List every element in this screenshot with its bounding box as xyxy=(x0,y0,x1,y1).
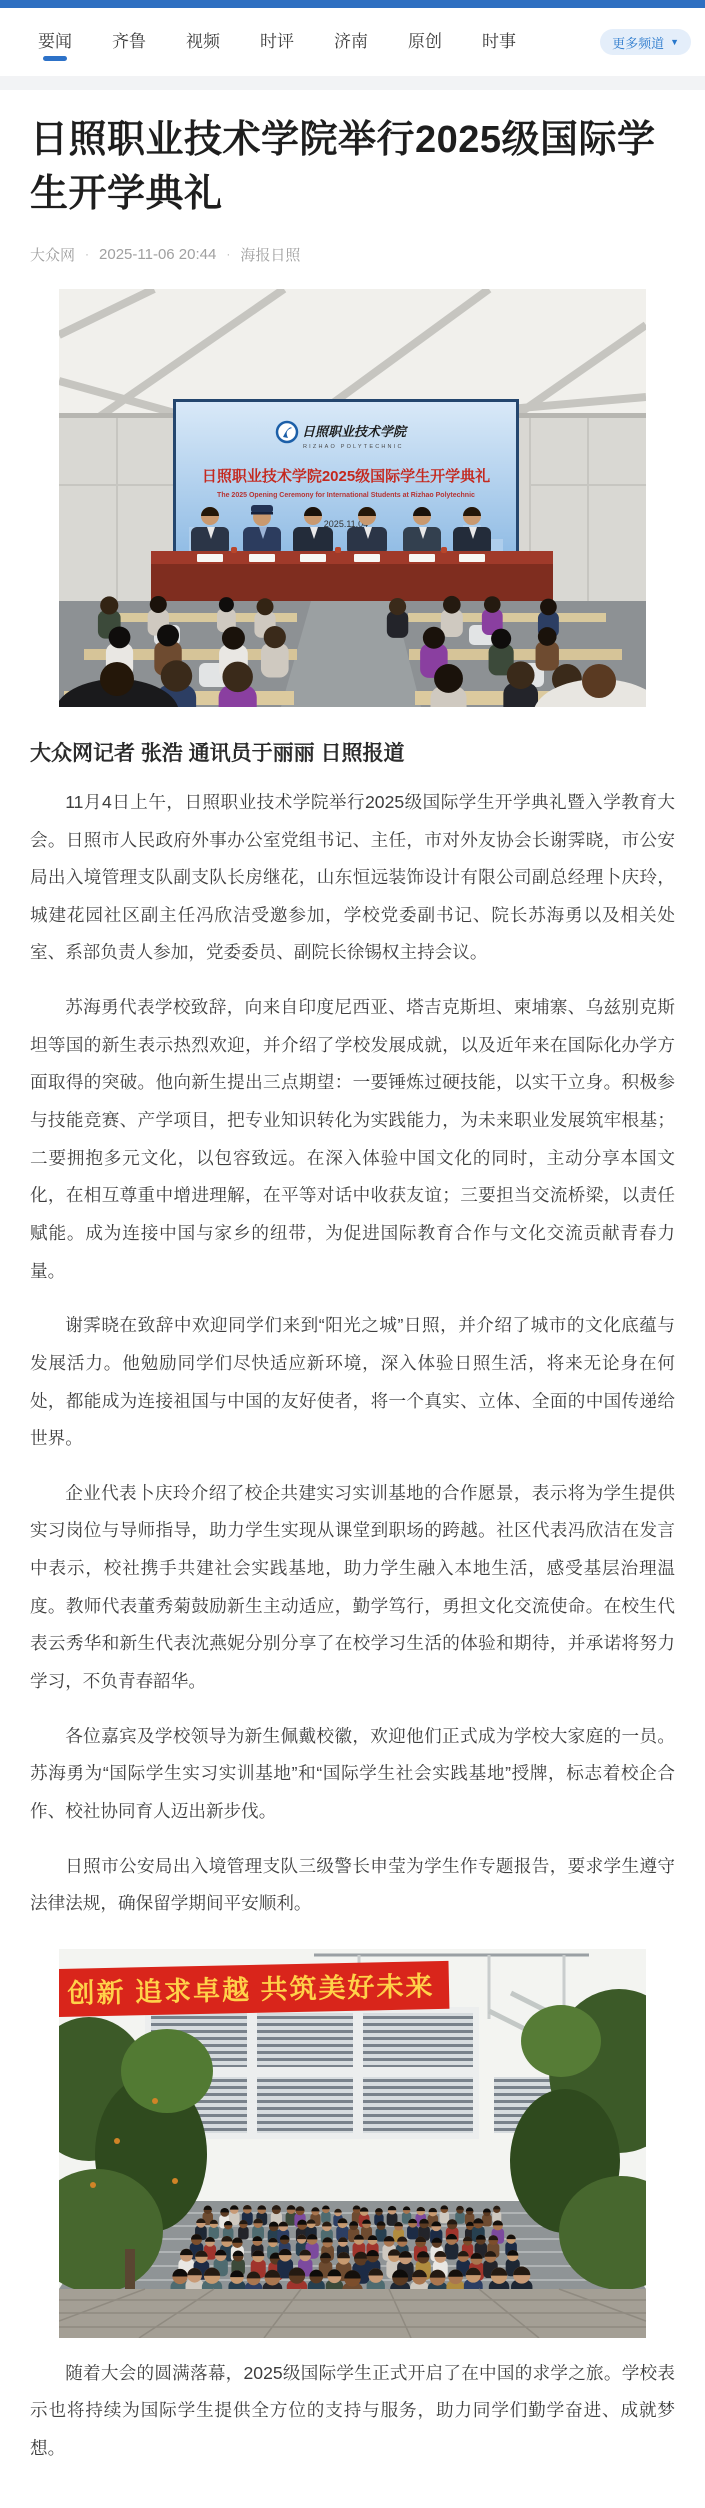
paving xyxy=(59,2289,646,2338)
more-channels-label: 更多频道 xyxy=(612,33,664,52)
more-channels-button[interactable]: 更多频道 ▼ xyxy=(600,29,691,55)
nav-tab-yuanchuang[interactable]: 原创 xyxy=(406,19,444,66)
welcome-banner: 创新 追求卓越 共筑美好未来 xyxy=(59,1961,449,2018)
school-logo xyxy=(277,422,297,442)
section-divider xyxy=(0,76,705,90)
source-label: 大众网 xyxy=(30,244,75,265)
group-photo: 创新 追求卓越 共筑美好未来 xyxy=(59,1949,646,2338)
nav-tab-shiping[interactable]: 时评 xyxy=(258,19,296,66)
page-title: 日照职业技术学院举行2025级国际学生开学典礼 xyxy=(30,114,675,222)
screen-logo-title: 日照职业技术学院 xyxy=(302,424,409,439)
group-photo-illustration: 创新 追求卓越 共筑美好未来 xyxy=(59,1949,646,2338)
nav-tab-label: 要闻 xyxy=(38,32,72,51)
nav-tab-label: 齐鲁 xyxy=(112,32,146,51)
channel-label: 海报日照 xyxy=(240,244,300,265)
article-paragraph: 企业代表卜庆玲介绍了校企共建实习实训基地的合作愿景，表示将为学生提供实习岗位与导… xyxy=(30,1475,675,1701)
article-paragraph: 谢霁晓在致辞中欢迎同学们来到“阳光之城”日照，并介绍了城市的文化底蕴与发展活力。… xyxy=(30,1307,675,1458)
meta-separator: · xyxy=(226,247,230,261)
article-paragraph: 11月4日上午，日照职业技术学院举行2025级国际学生开学典礼暨入学教育大会。日… xyxy=(30,784,675,972)
screen-logo-subtitle: RIZHAO POLYTECHNIC xyxy=(303,444,404,450)
nav-tab-label: 时事 xyxy=(482,32,516,51)
nav-tab-yaowen[interactable]: 要闻 xyxy=(36,19,74,66)
nav-tab-jinan[interactable]: 济南 xyxy=(332,19,370,66)
nav-tab-label: 视频 xyxy=(186,32,220,51)
article-paragraph: 随着大会的圆满落幕，2025级国际学生正式开启了在中国的求学之旅。学校表示也将持… xyxy=(30,2355,675,2468)
top-accent-bar xyxy=(0,0,705,8)
ceremony-photo-illustration: 日照职业技术学院 RIZHAO POLYTECHNIC 日照职业技术学院2025… xyxy=(59,289,646,707)
nav-tab-list: 要闻 齐鲁 视频 时评 济南 原创 时事 xyxy=(36,19,600,66)
article-meta: 大众网 · 2025-11-06 20:44 · 海报日照 xyxy=(30,244,675,265)
nav-tab-label: 时评 xyxy=(260,32,294,51)
screen-title: 日照职业技术学院2025级国际学生开学典礼 xyxy=(202,467,490,485)
article-paragraph: 日照市公安局出入境管理支队三级警长申莹为学生作专题报告，要求学生遵守法律法规，确… xyxy=(30,1848,675,1923)
nav-tab-label: 原创 xyxy=(408,32,442,51)
chevron-down-icon: ▼ xyxy=(670,37,679,47)
screen-subtitle: The 2025 Opening Ceremony for Internatio… xyxy=(217,492,475,499)
ceremony-photo: 日照职业技术学院 RIZHAO POLYTECHNIC 日照职业技术学院2025… xyxy=(59,289,646,707)
article-body: 日照职业技术学院举行2025级国际学生开学典礼 大众网 · 2025-11-06… xyxy=(0,90,705,2508)
channel-nav: 要闻 齐鲁 视频 时评 济南 原创 时事 更多频道 ▼ xyxy=(0,8,705,76)
article-paragraph: 各位嘉宾及学校领导为新生佩戴校徽，欢迎他们正式成为学校大家庭的一员。苏海勇为“国… xyxy=(30,1718,675,1831)
publish-time: 2025-11-06 20:44 xyxy=(99,246,216,263)
active-tab-indicator xyxy=(43,56,67,61)
meta-separator: · xyxy=(85,247,89,261)
nav-tab-qilu[interactable]: 齐鲁 xyxy=(110,19,148,66)
conference-table xyxy=(151,547,553,601)
nav-tab-shipin[interactable]: 视频 xyxy=(184,19,222,66)
reporter-line: 大众网记者 张浩 通讯员于丽丽 日照报道 xyxy=(30,737,675,767)
nav-tab-label: 济南 xyxy=(334,32,368,51)
nav-tab-shishi[interactable]: 时事 xyxy=(480,19,518,66)
article-paragraph: 苏海勇代表学校致辞，向来自印度尼西亚、塔吉克斯坦、柬埔寨、乌兹别克斯坦等国的新生… xyxy=(30,989,675,1290)
